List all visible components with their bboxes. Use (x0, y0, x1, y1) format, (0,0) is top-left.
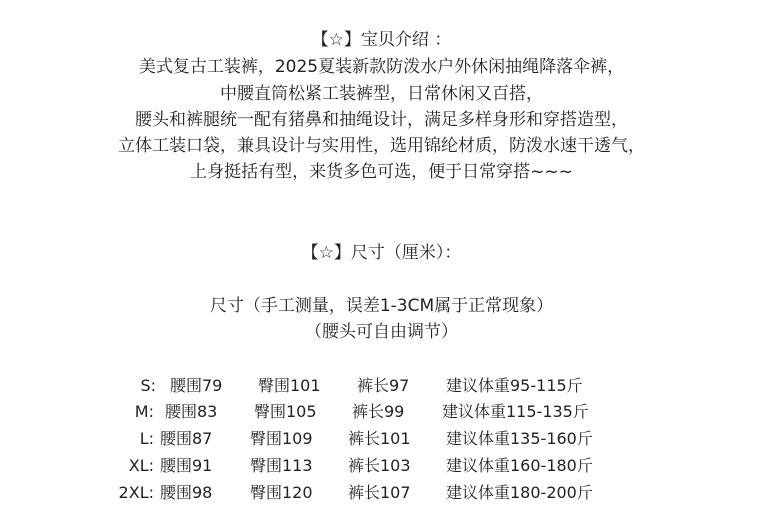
weight-value: 建议体重115-135斤 (442, 400, 589, 424)
intro-line: 中腰直筒松紧工装裤型，日常休闲又百搭， (0, 82, 763, 106)
waist-value: 腰围87 (160, 427, 212, 451)
size-label: M: (94, 400, 154, 424)
size-row-m: M: 腰围83 臀围105 裤长99 建议体重115-135斤 (0, 400, 763, 424)
size-note: 尺寸（手工测量，误差1-3CM属于正常现象） (0, 294, 763, 318)
intro-line: 腰头和裤腿统一配有猪鼻和抽绳设计，满足多样身形和穿搭造型， (0, 108, 763, 132)
size-row-xl: XL: 腰围91 臀围113 裤长103 建议体重160-180斤 (0, 454, 763, 478)
intro-line: 立体工装口袋，兼具设计与实用性，选用锦纶材质，防泼水速干透气， (0, 134, 763, 158)
hip-value: 臀围109 (250, 427, 313, 451)
length-value: 裤长99 (352, 400, 404, 424)
length-value: 裤长101 (348, 427, 411, 451)
size-label: 2XL: (94, 481, 154, 505)
size-label: S: (96, 374, 156, 398)
waist-value: 腰围83 (165, 400, 217, 424)
size-row-l: L: 腰围87 臀围109 裤长101 建议体重135-160斤 (0, 427, 763, 451)
weight-value: 建议体重135-160斤 (446, 427, 593, 451)
length-value: 裤长97 (357, 374, 409, 398)
size-row-s: S: 腰围79 臀围101 裤长97 建议体重95-115斤 (0, 374, 763, 398)
length-value: 裤长107 (348, 481, 411, 505)
size-label: L: (94, 427, 154, 451)
intro-line: 上身挺括有型，来货多色可选，便于日常穿搭~~~ (0, 160, 763, 184)
intro-heading: 【☆】宝贝介绍 ： (0, 28, 763, 52)
size-heading: 【☆】尺寸（厘米）： (0, 241, 763, 265)
size-label: XL: (94, 454, 154, 478)
size-row-2xl: 2XL: 腰围98 臀围120 裤长107 建议体重180-200斤 (0, 481, 763, 505)
hip-value: 臀围105 (254, 400, 317, 424)
weight-value: 建议体重160-180斤 (446, 454, 593, 478)
weight-value: 建议体重180-200斤 (446, 481, 593, 505)
waist-value: 腰围79 (170, 374, 222, 398)
waist-value: 腰围91 (160, 454, 212, 478)
hip-value: 臀围101 (258, 374, 321, 398)
intro-line: 美式复古工装裤，2025夏装新款防泼水户外休闲抽绳降落伞裤， (0, 55, 763, 79)
waist-value: 腰围98 (160, 481, 212, 505)
hip-value: 臀围113 (250, 454, 313, 478)
hip-value: 臀围120 (250, 481, 313, 505)
size-subnote: （腰头可自由调节） (0, 320, 763, 344)
weight-value: 建议体重95-115斤 (446, 374, 583, 398)
length-value: 裤长103 (348, 454, 411, 478)
